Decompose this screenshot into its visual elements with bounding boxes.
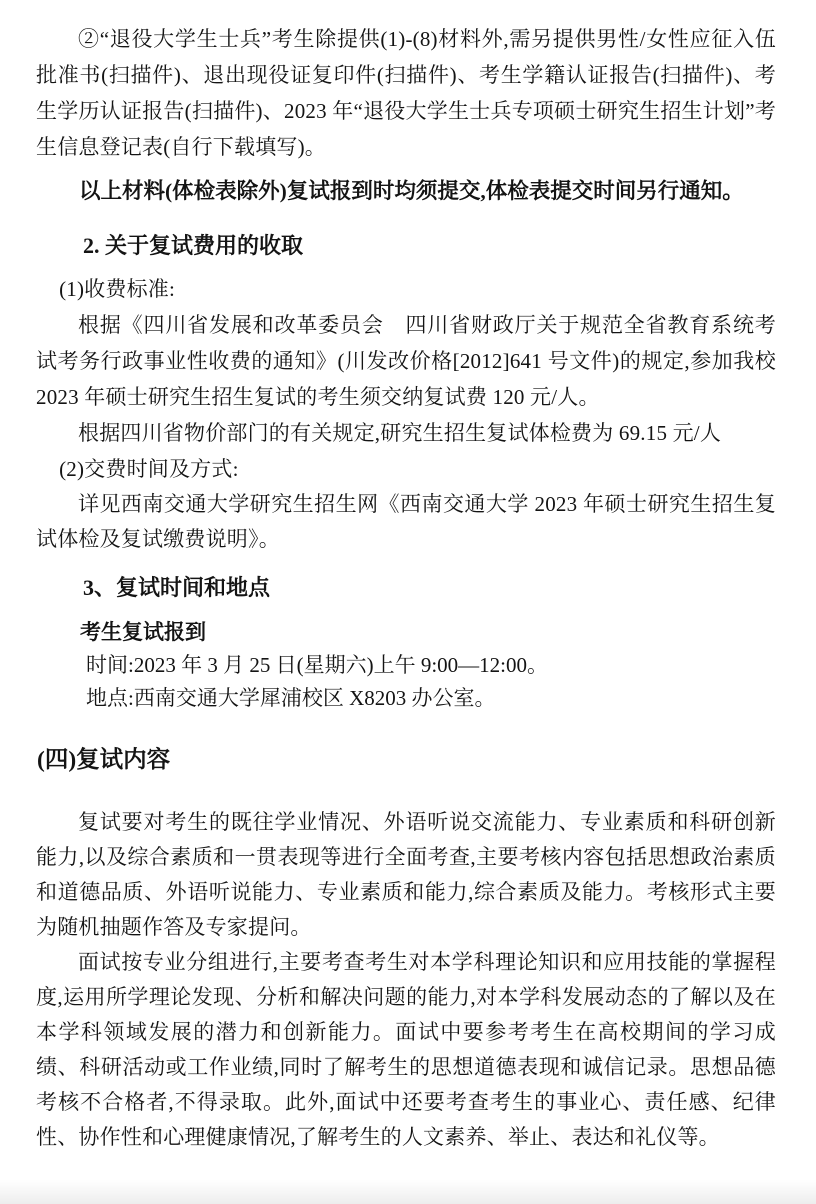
heading-section-four-retest-content: (四)复试内容 — [37, 740, 776, 780]
paragraph-fee-basis: 根据《四川省发展和改革委员会 四川省财政厅关于规范全省教育系统考试考务行政事业性… — [36, 307, 776, 415]
heading-fee-collection: 2. 关于复试费用的收取 — [83, 231, 776, 261]
line-checkin-time: 时间:2023 年 3 月 25 日(星期六)上午 9:00—12:00。 — [86, 649, 776, 682]
page-bottom-edge-shadow — [0, 1180, 816, 1204]
item-fee-standard: (1)收费标准: — [36, 271, 776, 307]
document-page: ②“退役大学生士兵”考生除提供(1)-(8)材料外,需另提供男性/女性应征入伍批… — [0, 0, 816, 1204]
paragraph-veteran-materials: ②“退役大学生士兵”考生除提供(1)-(8)材料外,需另提供男性/女性应征入伍批… — [36, 21, 776, 165]
subheading-candidate-checkin: 考生复试报到 — [80, 615, 776, 649]
paragraph-interview-details: 面试按专业分组进行,主要考查考生对本学科理论知识和应用技能的掌握程度,运用所学理… — [36, 945, 776, 1155]
line-checkin-place: 地点:西南交通大学犀浦校区 X8203 办公室。 — [86, 682, 776, 715]
paragraph-materials-notice-bold: 以上材料(体检表除外)复试报到时均须提交,体检表提交时间另行通知。 — [36, 173, 776, 209]
paragraph-physical-exam-fee: 根据四川省物价部门的有关规定,研究生招生复试体检费为 69.15 元/人 — [36, 415, 776, 451]
paragraph-payment-detail: 详见西南交通大学研究生招生网《西南交通大学 2023 年硕士研究生招生复试体检及… — [36, 487, 776, 557]
item-payment-time-method: (2)交费时间及方式: — [36, 451, 776, 487]
heading-retest-time-place: 3、复试时间和地点 — [83, 573, 776, 603]
paragraph-retest-content-overview: 复试要对考生的既往学业情况、外语听说交流能力、专业素质和科研创新能力,以及综合素… — [36, 805, 776, 945]
